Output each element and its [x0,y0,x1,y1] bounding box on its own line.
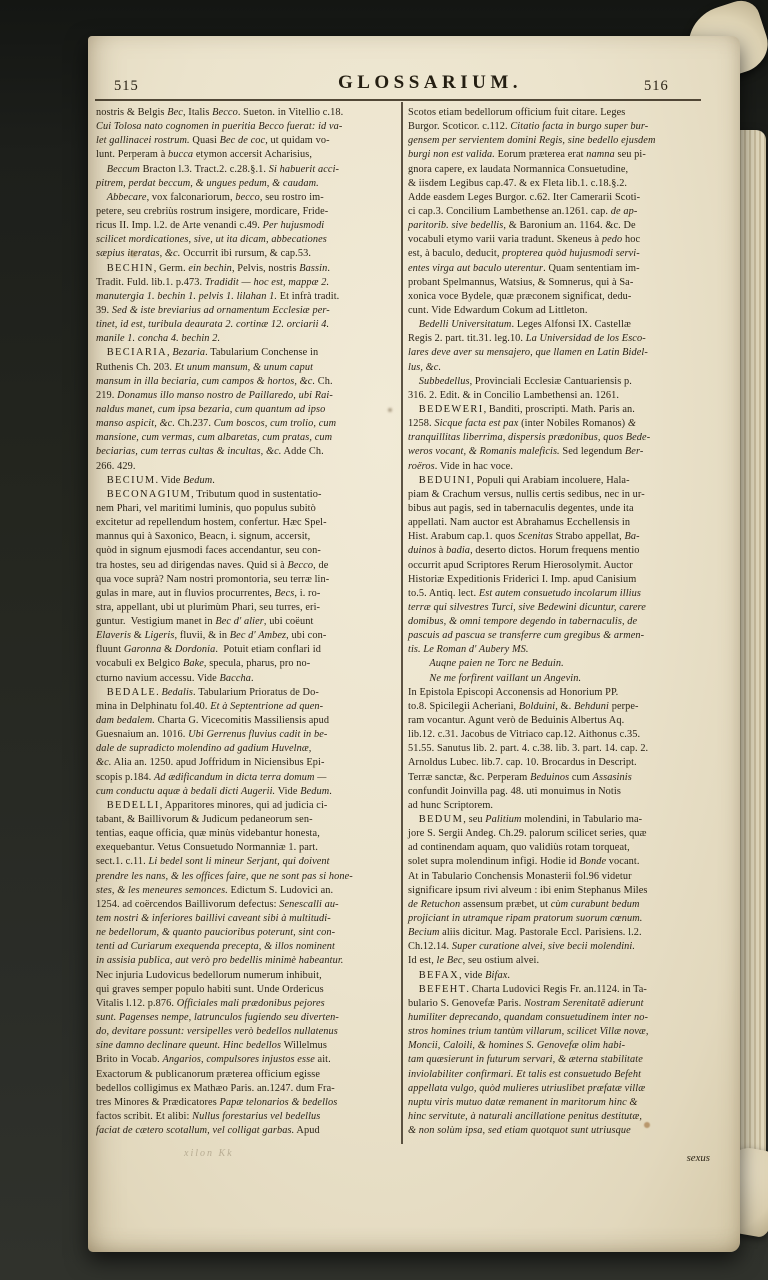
text-line: sine damno declinare queunt. Hinc bedell… [96,1039,398,1053]
text-line: vocabuli ex Belgico Bake, specula, pharu… [96,657,398,671]
text-line: BEDUM, seu Palitium molendini, in Tabula… [408,813,710,827]
text-line: &c. Alia an. 1250. apud Joffridum in Nic… [96,756,398,770]
text-line: tabant, & Baillivorum & Judicum pedaneor… [96,813,398,827]
catchword: sexus [408,1152,710,1164]
text-line: Bedelli Universitatum. Leges Alfonsi IX.… [408,318,710,332]
text-line: dale de supradicto molendino ad gadium H… [96,742,398,756]
text-line: Vitalis l.12. p.876. Officiales mali præ… [96,997,398,1011]
text-line: BEDELLI, Apparitores minores, qui ad jud… [96,799,398,813]
text-line: paritorib. sive bedellis, & Baronium an.… [408,219,710,233]
text-line: pitrem, perdat beccum, & ungues pedum, &… [96,177,398,191]
text-line: manile 1. concha 4. bechin 2. [96,332,398,346]
text-line: scilicet mordicationes, sive, ut ita dic… [96,233,398,247]
text-line: excitetur ad repellendum hostem, confert… [96,516,398,530]
text-line: Terræ sanctæ, &c. Perperam Beduinos cum … [408,771,710,785]
text-line: petere, seu crebriùs rostrum insigere, m… [96,205,398,219]
text-line: manutergia 1. bechin 1. pelvis 1. lilaha… [96,290,398,304]
text-line: do, devitare possunt: versipelles verò b… [96,1025,398,1039]
text-line: Brito in Vocab. Angarios, compulsores in… [96,1053,398,1067]
text-line: nostris & Belgis Bec, Italis Becco. Suet… [96,106,398,120]
text-line: duinos à badia, deserto dictos. Horum fr… [408,544,710,558]
text-line: to.5. Antiq. lect. Est autem consuetudo … [408,587,710,601]
text-line: nuptu viris mutuo datæ remanent in marit… [408,1096,710,1110]
text-line: jore S. Sergii Andeg. Ch.29. palorum sci… [408,827,710,841]
text-line: inviolabiliter confirmari. Et talis est … [408,1068,710,1082]
text-line: gulas in mare, aut in fluvios procurrent… [96,587,398,601]
text-line: Becium aliis dicitur. Mag. Pastorale Ecc… [408,926,710,940]
text-line: manso aspicit, &c. Ch.237. Cum boscos, c… [96,417,398,431]
text-line: tis. Le Roman d' Aubery MS. [408,643,710,657]
text-line: domibus, & omni tempore degendo in taber… [408,615,710,629]
text-line: naldus manet, cum ipsa bezaria, cum quan… [96,403,398,417]
text-line: prendre les nans, & les offices faire, q… [96,870,398,884]
text-line: faciat de cætero scotallum, vel colligat… [96,1124,398,1138]
text-line: Regis 2. part. tit.31. leg.10. La Univer… [408,332,710,346]
text-line: in assisia publica, aut verò pro bedelli… [96,954,398,968]
text-line: factos scribit. Et alibi: Nullus foresta… [96,1110,398,1124]
text-line: burgi non est valida. Eorum præterea era… [408,148,710,162]
text-line: cturno navium accessu. Vide Baccha. [96,672,398,686]
text-line: stes, & les meneures semonces. Edictum S… [96,884,398,898]
text-line: tam quæsierunt in futurum servari, & æte… [408,1053,710,1067]
text-line: cunt. Vide Edwardum Cokum ad Littleton. [408,304,710,318]
column-divider-rule [401,102,403,1144]
text-line: gensem per servientem domini Regis, sine… [408,134,710,148]
text-line: nem Phari, vel maritimi luminis, quo pop… [96,502,398,516]
text-line: Cui Tolosa nato cognomen in pueritia Bec… [96,120,398,134]
text-line: BECIARIA, Bezaria. Tabularium Conchense … [96,346,398,360]
text-line: exequebantur. Vetus Consuetudo Normanniæ… [96,841,398,855]
text-line: projiciant in utramque ripam pratorum su… [408,912,710,926]
page-number-right: 516 [644,78,669,95]
text-line: BECONAGIUM, Tributum quod in sustentatio… [96,488,398,502]
text-line: humiliter deprecando, quandam consuetudi… [408,1011,710,1025]
text-line: entes virga aut baculo uterentur. Quam s… [408,262,710,276]
text-line: occurrit apud Scriptores Rerum Hierosoly… [408,559,710,573]
text-line: Elaveris & Ligeris, fluvii, & in Bec d' … [96,629,398,643]
text-line: ne bedellorum, & quanto paucioribus pote… [96,926,398,940]
text-line: guntur. Vestigium manet in Bec d' alier,… [96,615,398,629]
text-line: bulario S. Genovefæ Paris. Nostram Seren… [408,997,710,1011]
text-line: Ne me forfirent vaillant un Angevin. [408,672,710,686]
text-line: solet supra molendinum infigi. Hodie id … [408,855,710,869]
text-line: Ch.12.14. Super curatione alvei, sive be… [408,940,710,954]
text-line: pascuis ad pascua se transferre cum greg… [408,629,710,643]
text-column-left: nostris & Belgis Bec, Italis Becco. Suet… [96,106,398,1138]
text-line: beciarias, cum terras cultas & incultas,… [96,445,398,459]
text-line: ad continendam aquam, quo validiùs rotam… [408,841,710,855]
text-line: 39. Sed & iste breviarius ad ornamentum … [96,304,398,318]
text-line: qui graves semper populo habiti sunt. Un… [96,983,398,997]
text-line: lares deve aver su mensajero, que llamen… [408,346,710,360]
text-line: tenti ad Curiarum exequenda precepta, & … [96,940,398,954]
text-line: est, à baculo, deducit, propterea quòd h… [408,247,710,261]
text-line: mansione, cum vermas, cum albaretas, cum… [96,431,398,445]
text-line: sect.1. c.11. Li bedel sont li mineur Se… [96,855,398,869]
text-line: Tradit. Fuld. lib.1. p.473. Tradidit — h… [96,276,398,290]
text-line: ad hunc Scriptorem. [408,799,710,813]
text-line: xonica voce Bydele, quæ præconem signifi… [408,290,710,304]
book-page: 515 GLOSSARIUM. 516 nostris & Belgis Bec… [88,36,740,1252]
text-line: BEFAX, vide Bifax. [408,969,710,983]
text-line: BEFEHT. Charta Ludovici Regis Fr. an.112… [408,983,710,997]
text-line: bibus aut pagis, sed in tabernaculis deg… [408,502,710,516]
text-line: 266. 429. [96,460,398,474]
text-line: de Retuchon assensum præbet, ut cùm cura… [408,898,710,912]
text-line: significare ipsum rivi alveum : ibi enim… [408,884,710,898]
header-rule [95,99,701,101]
text-line: 1254. ad coërcendos Baillivorum defectus… [96,898,398,912]
text-line: stra, appellant, ubi ut plurimùm Phari, … [96,601,398,615]
text-line: Subbedellus, Provinciali Ecclesiæ Cantua… [408,375,710,389]
text-line: tra hostes, seu ad dirigendas naves. Qui… [96,559,398,573]
text-line: tranquillitas liberrima, dispersis prædo… [408,431,710,445]
text-line: tres Minores & Prædicatores Papæ telonar… [96,1096,398,1110]
text-line: ricus II. Imp. l.2. de Arte venandi c.49… [96,219,398,233]
text-line: Historiæ Expeditionis Friderici I. Imp. … [408,573,710,587]
text-line: to.8. Spicilegii Acheriani, Bolduini, &.… [408,700,710,714]
text-line: fluunt Garonna & Dordonia. Potuit etiam … [96,643,398,657]
text-line: dam bedalem. Charta G. Vicecomitis Massi… [96,714,398,728]
text-line: Beccum Bracton l.3. Tract.2. c.28.§.1. S… [96,163,398,177]
text-line: lib.12. c.31. Jacobus de Vitriaco cap.12… [408,728,710,742]
text-line: Guesnaium an. 1016. Ubi Gerrenus fluvius… [96,728,398,742]
text-line: & non solùm ipsa, sed etiam quotquot sun… [408,1124,710,1138]
text-line: probant Spelmannus, Watsius, & Somnerus,… [408,276,710,290]
bleedthrough-text: xilon Kk [184,1148,444,1159]
text-line: sæpius iteratas, &c. Occurrit ibi rursum… [96,247,398,261]
text-line: lunt. Perperam à bucca etymon accersit A… [96,148,398,162]
text-line: piam & Crachum versus, nullis certis sed… [408,488,710,502]
text-line: BECIUM. Vide Bedum. [96,474,398,488]
text-line: In Epistola Episcopi Acconensis ad Honor… [408,686,710,700]
text-line: Adde easdem Leges Burgor. c.62. Iter Cam… [408,191,710,205]
text-line: stros homines trium tantùm villarum, sci… [408,1025,710,1039]
text-line: Hist. Arabum cap.1. quos Scenitas Strabo… [408,530,710,544]
text-line: bedellos colligimus ex Mathæo Paris. an.… [96,1082,398,1096]
text-line: Burgor. Scoticor. c.112. Citatio facta i… [408,120,710,134]
text-line: ram vocantur. Agunt verò de Beduinis Alb… [408,714,710,728]
text-line: lus, &c. [408,361,710,375]
text-line: hinc servitute, à naturali ancillatione … [408,1110,710,1124]
text-line: quòd in signum ejusmodi faces accendantu… [96,544,398,558]
text-line: gnora capere, ex laudata Normannica Cons… [408,163,710,177]
text-line: tem nostri & inferiores baillivi caveant… [96,912,398,926]
text-line: vocabuli etymo varii varia tradunt. Sken… [408,233,710,247]
paper-stain [130,251,137,257]
text-line: let gallinacei rostrum. Quasi Bec de coc… [96,134,398,148]
text-line: 1258. Sicque facta est pax (inter Nobile… [408,417,710,431]
text-line: Ruthenis Ch. 203. Et unum mansum, & unum… [96,361,398,375]
text-line: Moncii, Caloili, & homines S. Genovefæ o… [408,1039,710,1053]
paper-stain [644,1122,650,1128]
text-line: BECHIN, Germ. ein bechin, Pelvis, nostri… [96,262,398,276]
text-line: sunt. Pagenses nempe, latrunculos fugien… [96,1011,398,1025]
text-line: appellata vulgo, quòd mulieres utriuslib… [408,1082,710,1096]
text-line: mina in Delphinatu fol.40. Et à Septentr… [96,700,398,714]
paper-stain [388,408,392,412]
text-line: Id est, le Bec, seu ostium alvei. [408,954,710,968]
text-column-right: Scotos etiam bedellorum officium fuit ci… [408,106,710,1138]
text-line: BEDUINI, Populi qui Arabiam incoluere, H… [408,474,710,488]
text-line: 51.55. Sanutus lib. 2. part. 4. c.38. li… [408,742,710,756]
text-line: qua voce suprà? Nam nostri promontoria, … [96,573,398,587]
text-line: terræ qui silvestres Turci, sive Bedewin… [408,601,710,615]
text-line: roëros. Vide in hac voce. [408,460,710,474]
book-fore-edge [736,130,766,1215]
text-line: cum conductu aquæ à bedali dicti Augerii… [96,785,398,799]
text-line: tinet, id est, turibula deaurata 2. cort… [96,318,398,332]
text-line: 316. 2. Edit. & in Concilio Lambethensi … [408,389,710,403]
text-line: mansum in illa beciaria, cum campos & ho… [96,375,398,389]
text-line: Arnoldus Lubec. lib.7. cap. 10. Brocardu… [408,756,710,770]
text-line: & iisdem Legibus cap.47. & ex Fleta lib.… [408,177,710,191]
text-line: weros vocant, & Romanis maleficis. Sed l… [408,445,710,459]
text-line: scopis p.184. Ad ædificandum in dicta te… [96,771,398,785]
text-line: Auqne paien ne Torc ne Beduin. [408,657,710,671]
text-line: Nec injuria Ludovicus bedellorum numerum… [96,969,398,983]
text-line: appellati. Nam auctor est Abrahamus Ecch… [408,516,710,530]
text-line: mannus qui à Saxonico, Beacn, i. signum,… [96,530,398,544]
text-line: Scotos etiam bedellorum officium fuit ci… [408,106,710,120]
text-line: confundit Joinvilla pag. 48. uti monuimu… [408,785,710,799]
text-line: Abbecare, vox falconariorum, becco, seu … [96,191,398,205]
text-line: 219. Donamus illo manso nostro de Pailla… [96,389,398,403]
text-line: tentias, eaque officia, quæ minùs videba… [96,827,398,841]
text-line: At in Tabulario Conchensis Monasterii fo… [408,870,710,884]
text-line: BEDALE. Bedalis. Tabularium Prioratus de… [96,686,398,700]
text-line: ci cap.3. Concilium Lambethense an.1261.… [408,205,710,219]
text-line: Exactorum & publicanorum præterea offici… [96,1068,398,1082]
text-line: BEDEWERI, Banditi, proscripti. Math. Par… [408,403,710,417]
